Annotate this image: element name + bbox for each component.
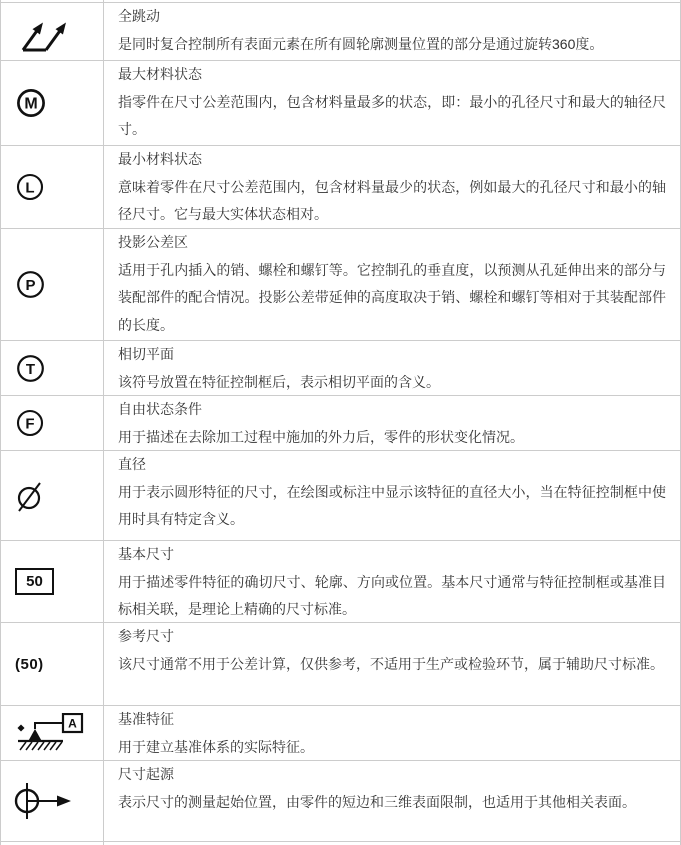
table-row: (50) 参考尺寸 该尺寸通常不用于公差计算，仅供参考，不适用于生产或检验环节，… (1, 623, 680, 706)
gdt-symbols-table: 全跳动 是同时复合控制所有表面元素在所有圆轮廓测量位置的部分是通过旋转360度。… (0, 0, 681, 845)
row-title: 自由状态条件 (118, 396, 666, 424)
symbol-cell (1, 451, 104, 540)
row-description: 意味着零件在尺寸公差范围内，包含材料量最少的状态，例如最大的孔径尺寸和最小的轴径… (118, 174, 666, 228)
row-title: 全跳动 (118, 3, 666, 31)
row-title: 参考尺寸 (118, 623, 666, 651)
row-title: 最大材料状态 (118, 61, 666, 89)
total-runout-icon (15, 10, 73, 54)
table-row: 50 基本尺寸 用于描述零件特征的确切尺寸、轮廓、方向或位置。基本尺寸通常与特征… (1, 541, 680, 623)
datum-letter: A (68, 717, 77, 731)
row-description: 该尺寸通常不用于公差计算，仅供参考，不适用于生产或检验环节，属于辅助尺寸标准。 (118, 651, 666, 679)
table-row: M 最大材料状态 指零件在尺寸公差范围内，包含材料量最多的状态，即：最小的孔径尺… (1, 61, 680, 146)
text-cell (104, 0, 680, 2)
basic-dimension-icon: 50 (15, 568, 54, 595)
row-title: 最小材料状态 (118, 146, 666, 174)
table-row: L 最小材料状态 意味着零件在尺寸公差范围内，包含材料量最少的状态，例如最大的孔… (1, 146, 680, 229)
table-row: P 投影公差区 适用于孔内插入的销、螺栓和螺钉等。它控制孔的垂直度，以预测从孔延… (1, 229, 680, 341)
table-row: T 相切平面 该符号放置在特征控制框后，表示相切平面的含义。 (1, 341, 680, 396)
gdt-symbols-page: 全跳动 是同时复合控制所有表面元素在所有圆轮廓测量位置的部分是通过旋转360度。… (0, 0, 681, 845)
symbol-cell (1, 3, 104, 60)
row-description: 表示尺寸的测量起始位置，由零件的短边和三维表面限制，也适用于其他相关表面。 (118, 789, 666, 817)
text-cell: 最大材料状态 指零件在尺寸公差范围内，包含材料量最多的状态，即：最小的孔径尺寸和… (104, 61, 680, 145)
circle-letter: M (24, 96, 37, 113)
row-title: 投影公差区 (118, 229, 666, 257)
circle-letter: F (25, 416, 34, 433)
row-title: 相切平面 (118, 341, 666, 369)
least-material-condition-circle-l-icon: L (15, 172, 45, 202)
row-description: 适用于孔内插入的销、螺栓和螺钉等。它控制孔的垂直度，以预测从孔延伸出来的部分与装… (118, 257, 666, 340)
row-description: 用于表示圆形特征的尺寸，在绘图或标注中显示该特征的直径大小，当在特征控制框中使用… (118, 479, 666, 534)
hatch-lines (20, 742, 62, 750)
symbol-cell: M (1, 61, 104, 145)
datum-feature-icon: A (13, 713, 85, 753)
tangent-plane-circle-t-icon: T (15, 353, 46, 384)
dimension-origin-icon (13, 779, 75, 823)
diameter-icon (15, 478, 45, 514)
symbol-cell: A (1, 706, 104, 760)
row-description: 是同时复合控制所有表面元素在所有圆轮廓测量位置的部分是通过旋转360度。 (118, 31, 666, 59)
table-row: 直径 用于表示圆形特征的尺寸，在绘图或标注中显示该特征的直径大小，当在特征控制框… (1, 451, 680, 541)
text-cell: 投影公差区 适用于孔内插入的销、螺栓和螺钉等。它控制孔的垂直度，以预测从孔延伸出… (104, 229, 680, 340)
text-cell: 最小材料状态 意味着零件在尺寸公差范围内，包含材料量最少的状态，例如最大的孔径尺… (104, 146, 680, 228)
circle-letter: T (26, 361, 35, 378)
symbol-cell (1, 0, 104, 2)
symbol-cell: T (1, 341, 104, 395)
projected-tolerance-zone-circle-p-icon: P (15, 269, 46, 300)
symbol-cell: P (1, 229, 104, 340)
text-cell: 基准特征 用于建立基准体系的实际特征。 (104, 706, 680, 760)
row-title: 基准特征 (118, 706, 666, 734)
free-state-circle-f-icon: F (15, 408, 45, 438)
table-row: 全跳动 是同时复合控制所有表面元素在所有圆轮廓测量位置的部分是通过旋转360度。 (1, 3, 680, 61)
symbol-cell (1, 761, 104, 841)
circle-letter: L (25, 180, 34, 197)
text-cell: 相切平面 该符号放置在特征控制框后，表示相切平面的含义。 (104, 341, 680, 395)
text-cell: 直径 用于表示圆形特征的尺寸，在绘图或标注中显示该特征的直径大小，当在特征控制框… (104, 451, 680, 540)
row-description: 用于建立基准体系的实际特征。 (118, 734, 666, 760)
text-cell: 自由状态条件 用于描述在去除加工过程中施加的外力后，零件的形状变化情况。 (104, 396, 680, 450)
row-title: 基本尺寸 (118, 541, 666, 569)
table-row: F 自由状态条件 用于描述在去除加工过程中施加的外力后，零件的形状变化情况。 (1, 396, 680, 451)
row-title: 尺寸起源 (118, 761, 666, 789)
table-row: A 基准特征 用于建立基准体系的实际特征。 (1, 706, 680, 761)
text-cell: 参考尺寸 该尺寸通常不用于公差计算，仅供参考，不适用于生产或检验环节，属于辅助尺… (104, 623, 680, 705)
text-cell: 尺寸起源 表示尺寸的测量起始位置，由零件的短边和三维表面限制，也适用于其他相关表… (104, 761, 680, 841)
row-description: 该符号放置在特征控制框后，表示相切平面的含义。 (118, 369, 666, 395)
text-cell: 全跳动 是同时复合控制所有表面元素在所有圆轮廓测量位置的部分是通过旋转360度。 (104, 3, 680, 60)
row-title: 直径 (118, 451, 666, 479)
reference-dimension-icon: (50) (15, 656, 44, 673)
circle-letter: P (25, 277, 35, 294)
symbol-cell: (50) (1, 623, 104, 705)
row-description: 用于描述在去除加工过程中施加的外力后，零件的形状变化情况。 (118, 424, 666, 450)
table-row: 尺寸起源 表示尺寸的测量起始位置，由零件的短边和三维表面限制，也适用于其他相关表… (1, 761, 680, 842)
symbol-cell: L (1, 146, 104, 228)
row-description: 指零件在尺寸公差范围内，包含材料量最多的状态，即：最小的孔径尺寸和最大的轴径尺寸… (118, 89, 666, 144)
row-description: 用于描述零件特征的确切尺寸、轮廓、方向或位置。基本尺寸通常与特征控制框或基准目标… (118, 569, 666, 622)
basic-dimension-value: 50 (26, 573, 43, 590)
symbol-cell: F (1, 396, 104, 450)
text-cell: 基本尺寸 用于描述零件特征的确切尺寸、轮廓、方向或位置。基本尺寸通常与特征控制框… (104, 541, 680, 622)
symbol-cell: 50 (1, 541, 104, 622)
max-material-condition-circle-m-icon: M (15, 87, 47, 119)
